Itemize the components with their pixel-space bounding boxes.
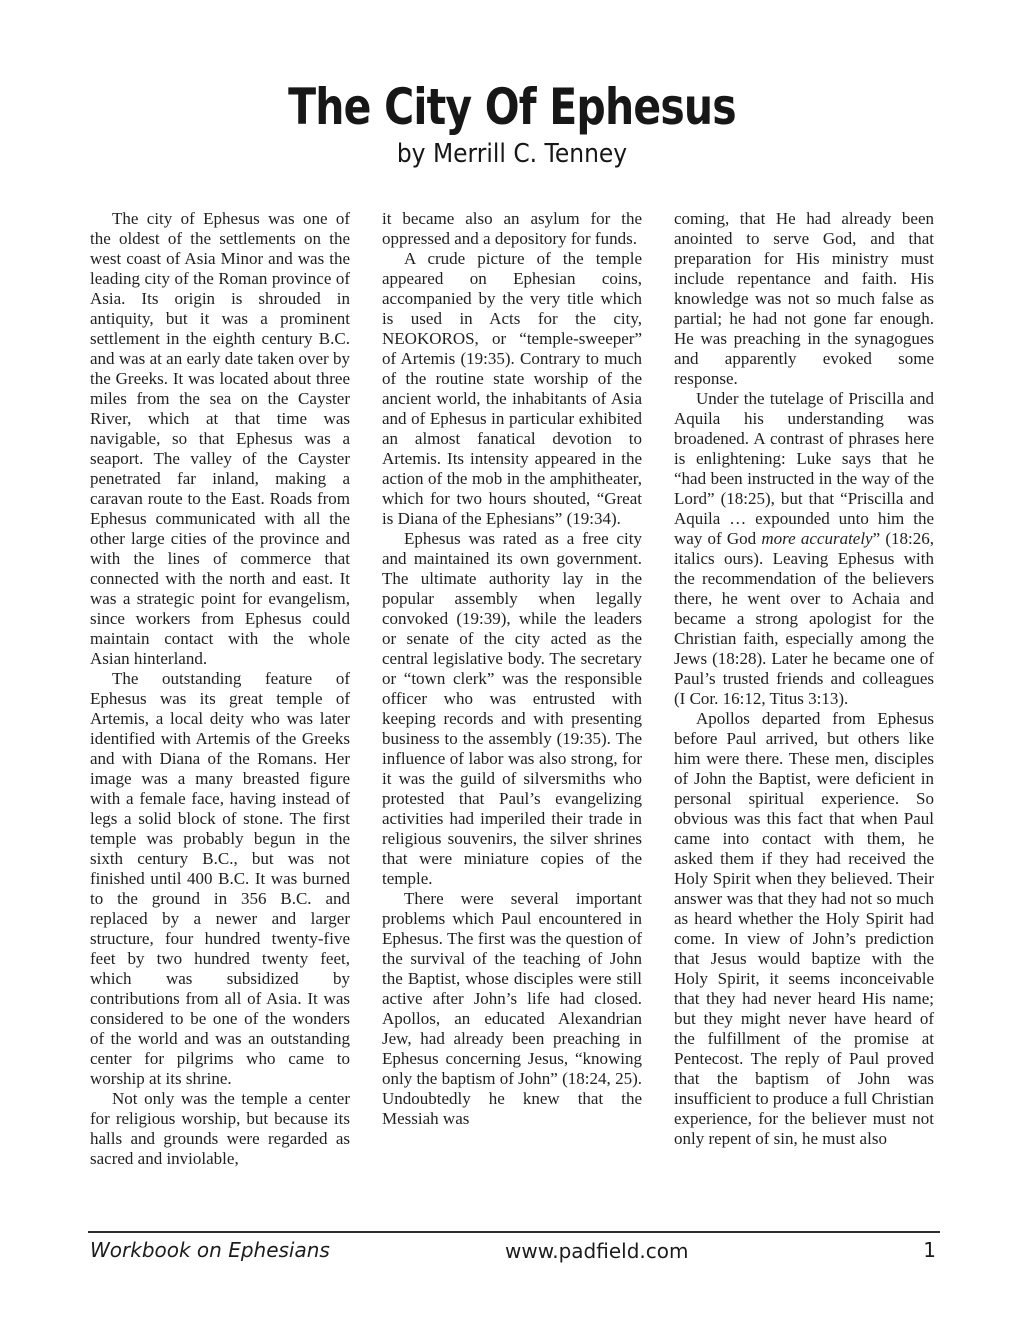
paragraph: Not only was the temple a center for rel… [90, 1089, 350, 1169]
paragraph-continuation: coming, that He had already been anointe… [674, 209, 934, 389]
footer-url: www.padfield.com [505, 1239, 688, 1263]
paragraph: The city of Ephesus was one of the oldes… [90, 209, 350, 669]
paragraph-continuation: it became also an asylum for the oppress… [382, 209, 642, 249]
column-3: coming, that He had already been anointe… [674, 209, 934, 1169]
footer-rule [88, 1231, 940, 1233]
column-2: it became also an asylum for the oppress… [382, 209, 642, 1169]
paragraph: Ephesus was rated as a free city and mai… [382, 529, 642, 889]
paragraph: There were several important problems wh… [382, 889, 642, 1129]
document-page: The City Of Ephesus by Merrill C. Tenney… [0, 0, 1024, 1325]
page-title: The City Of Ephesus [92, 82, 932, 132]
italic-phrase: more accurately [761, 529, 872, 548]
paragraph: Apollos departed from Ephesus before Pau… [674, 709, 934, 1149]
paragraph-text: Under the tutelage of Priscilla and Aqui… [674, 389, 934, 548]
paragraph: A crude picture of the temple appeared o… [382, 249, 642, 529]
paragraph: The outstanding feature of Ephesus was i… [90, 669, 350, 1089]
paragraph: Under the tutelage of Priscilla and Aqui… [674, 389, 934, 709]
footer-page-number: 1 [923, 1238, 936, 1262]
byline: by Merrill C. Tenney [51, 140, 973, 169]
footer-book-title: Workbook on Ephesians [90, 1238, 330, 1262]
article-body: The city of Ephesus was one of the oldes… [0, 209, 1024, 1169]
column-1: The city of Ephesus was one of the oldes… [90, 209, 350, 1169]
document-header: The City Of Ephesus by Merrill C. Tenney [0, 0, 1024, 169]
paragraph-text: ” (18:26, italics ours). Leaving Ephesus… [674, 529, 934, 708]
